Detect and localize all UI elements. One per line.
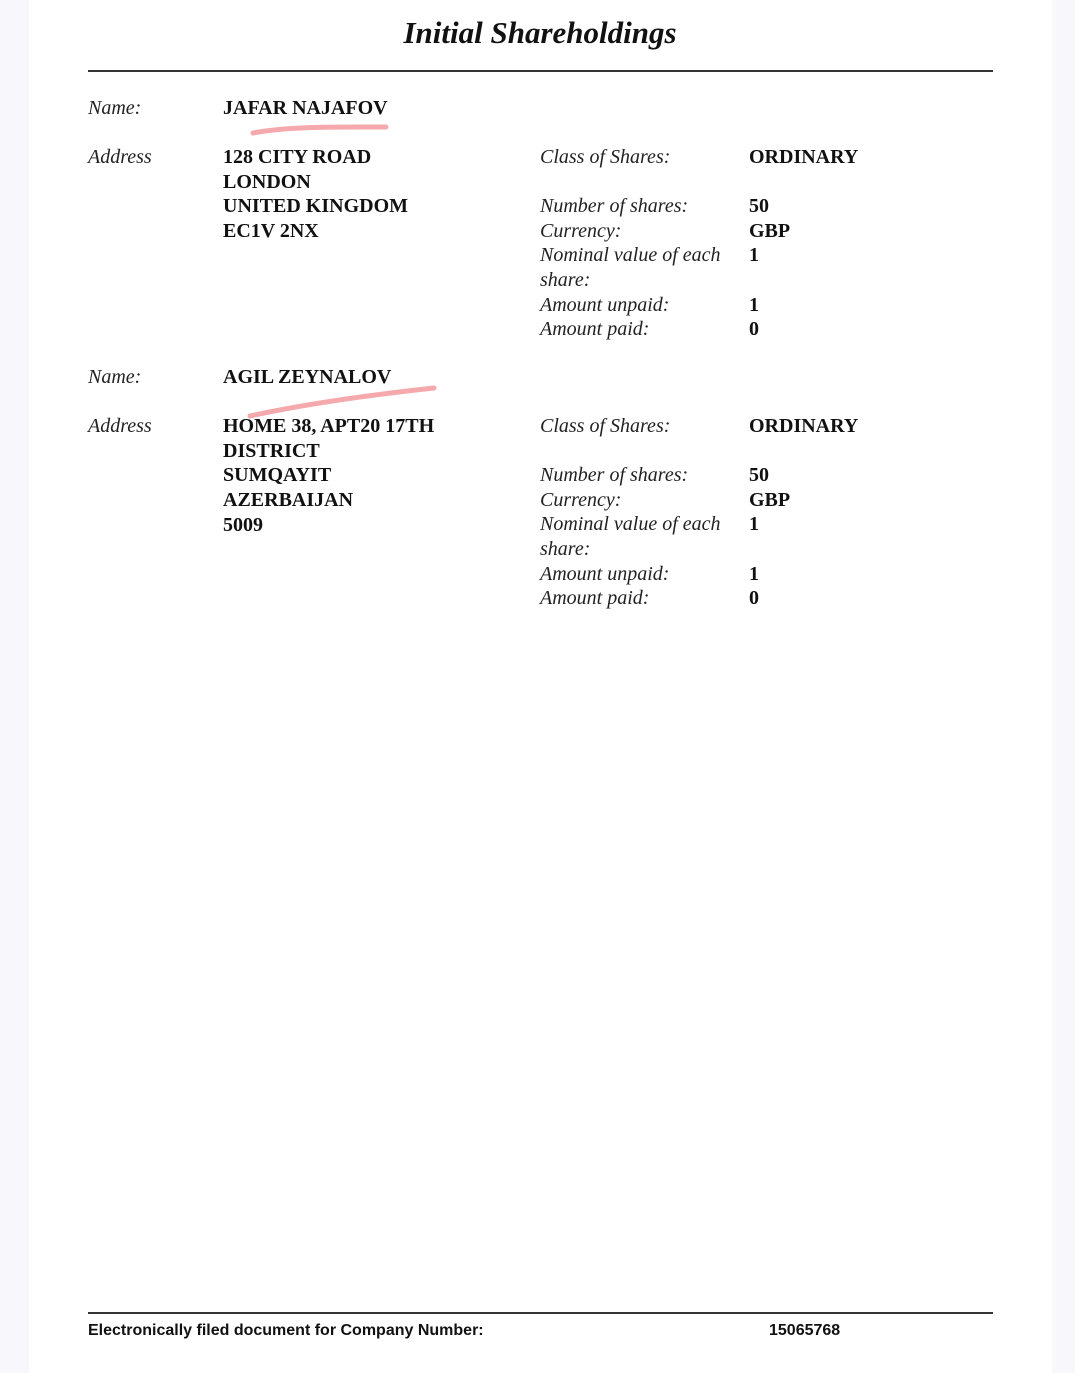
address-line: 128 CITY ROAD: [223, 145, 408, 170]
amount-paid-label: Amount paid:: [540, 586, 740, 611]
company-number: 15065768: [769, 1321, 840, 1341]
footer-divider: [88, 1312, 993, 1314]
name-label: Name:: [88, 365, 141, 390]
number-of-shares-value: 50: [749, 463, 949, 488]
number-of-shares-value: 50: [749, 194, 949, 219]
class-of-shares-value: ORDINARY: [749, 145, 858, 170]
amount-paid-value: 0: [749, 317, 949, 342]
nominal-value-value: 1: [749, 243, 949, 292]
currency-label: Currency:: [540, 219, 740, 244]
amount-unpaid-value: 1: [749, 562, 949, 587]
nominal-value-label: Nominal value of each share:: [540, 512, 740, 561]
amount-paid-label: Amount paid:: [540, 317, 740, 342]
address-line: UNITED KINGDOM: [223, 194, 408, 219]
page-title: Initial Shareholdings: [0, 14, 1075, 52]
share-details-labels: Number of shares: Currency: Nominal valu…: [540, 194, 740, 342]
class-of-shares-value: ORDINARY: [749, 414, 858, 439]
class-of-shares-label: Class of Shares:: [540, 145, 670, 170]
address-line: AZERBAIJAN: [223, 488, 434, 513]
name-label: Name:: [88, 96, 141, 121]
amount-unpaid-label: Amount unpaid:: [540, 293, 740, 318]
address-line: DISTRICT: [223, 439, 434, 464]
address-line: SUMQAYIT: [223, 463, 434, 488]
address-line: HOME 38, APT20 17TH: [223, 414, 434, 439]
class-of-shares-label: Class of Shares:: [540, 414, 670, 439]
number-of-shares-label: Number of shares:: [540, 194, 740, 219]
currency-value: GBP: [749, 219, 949, 244]
shareholder-name: JAFAR NAJAFOV: [223, 96, 388, 121]
shareholder-address: 128 CITY ROAD LONDON UNITED KINGDOM EC1V…: [223, 145, 408, 244]
address-line: LONDON: [223, 170, 408, 195]
shareholder-address: HOME 38, APT20 17TH DISTRICT SUMQAYIT AZ…: [223, 414, 434, 538]
address-line: EC1V 2NX: [223, 219, 408, 244]
currency-label: Currency:: [540, 488, 740, 513]
nominal-value-label: Nominal value of each share:: [540, 243, 740, 292]
number-of-shares-label: Number of shares:: [540, 463, 740, 488]
share-details-labels: Number of shares: Currency: Nominal valu…: [540, 463, 740, 611]
footer-label: Electronically filed document for Compan…: [88, 1321, 484, 1341]
shareholder-name: AGIL ZEYNALOV: [223, 365, 391, 390]
amount-unpaid-value: 1: [749, 293, 949, 318]
address-label: Address: [88, 414, 152, 439]
nominal-value-value: 1: [749, 512, 949, 561]
share-details-values: 50 GBP 1 1 0: [749, 463, 949, 611]
address-label: Address: [88, 145, 152, 170]
amount-paid-value: 0: [749, 586, 949, 611]
currency-value: GBP: [749, 488, 949, 513]
amount-unpaid-label: Amount unpaid:: [540, 562, 740, 587]
address-line: 5009: [223, 513, 434, 538]
header-divider: [88, 70, 993, 72]
share-details-values: 50 GBP 1 1 0: [749, 194, 949, 342]
